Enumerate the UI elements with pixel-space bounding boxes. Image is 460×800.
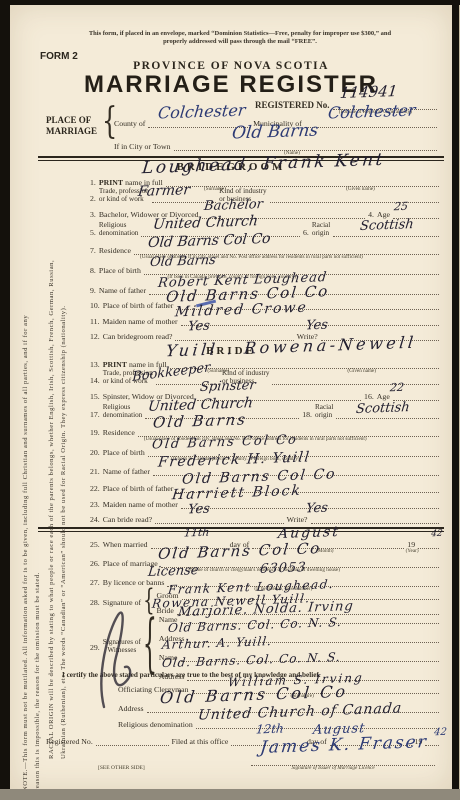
field-17-number: 17. xyxy=(90,410,100,419)
groom-read-label: Can bridegroom read? xyxy=(103,332,173,341)
bride-read-value: Yes xyxy=(187,503,210,517)
field-14-number: 14. xyxy=(90,376,100,385)
field-13-number: 13. xyxy=(90,360,100,369)
bride-birthplace-label: Place of birth xyxy=(103,448,145,457)
wed-day-value: 11th xyxy=(183,527,210,539)
ink-scrawl xyxy=(92,605,140,715)
margin-note-line1: NOTE.—This form must not be mutilated. A… xyxy=(22,315,29,791)
bride-racial-label-2: origin xyxy=(315,411,332,419)
town-line: (Name) xyxy=(174,140,438,151)
margin-note-line2: reason this is impossible, the reason fo… xyxy=(34,572,41,791)
field-27-number: 27. xyxy=(90,578,100,587)
filed-day-value: 12th xyxy=(255,722,284,735)
bride-industry-line xyxy=(272,374,439,385)
bride-father-label: Name of father xyxy=(103,467,150,476)
bride-status-value: Spinster xyxy=(199,379,256,394)
municipality-value: Colchester xyxy=(327,102,416,121)
groom-residence-label: Residence xyxy=(99,246,131,255)
clergy-denomination-label: Religious denomination xyxy=(118,720,193,729)
registered-no-label: REGISTERED No. xyxy=(255,101,330,110)
racial-label-2: origin xyxy=(312,229,329,237)
print-bold: PRINT xyxy=(99,178,123,187)
mail-instruction-line1: This form, if placed in an envelope, mar… xyxy=(60,30,420,38)
filed-label: Filed at this office xyxy=(172,737,229,746)
wed-year-value: 42 xyxy=(431,530,443,539)
groom-name-line: (Surname) (Given name) xyxy=(166,176,439,187)
field-18-number: 18. xyxy=(302,410,312,419)
field-16-number: 16. xyxy=(364,392,374,401)
year-caption: (Year) xyxy=(406,548,419,554)
town-label: If in City or Town xyxy=(114,142,171,151)
groom-denomination-value: United Church xyxy=(152,214,258,232)
groom-racial-value: Scottish xyxy=(359,218,414,233)
witness2-name-value: Arthur. A. Yuill. xyxy=(161,635,272,651)
groom-father-birth-label: Place of birth of father xyxy=(103,301,174,310)
groom-residence-value: Old Barns Col Co xyxy=(147,232,271,250)
filed-year-value: 42 xyxy=(433,728,447,738)
county-value: Colchester xyxy=(157,102,246,121)
field-5-number: 5. xyxy=(90,228,96,237)
groom-trade-value: Farmer xyxy=(137,183,191,199)
groom-write-value: Yes xyxy=(305,319,328,333)
mail-instruction: This form, if placed in an envelope, mar… xyxy=(60,30,420,46)
bride-residence-label: Residence xyxy=(103,428,135,437)
field-12-number: 12. xyxy=(90,332,100,341)
bride-mother-label: Maiden name of mother xyxy=(103,500,178,509)
field-25-number: 25. xyxy=(90,540,100,549)
field-19-number: 19. xyxy=(90,428,100,437)
bride-read-line xyxy=(155,513,284,524)
wed-year-line: (Year) xyxy=(418,538,439,549)
town-value: Old Barns xyxy=(231,122,319,142)
field-21-number: 21. xyxy=(90,467,100,476)
field-6-number: 6. xyxy=(303,228,309,237)
see-other-side-note: [SEE OTHER SIDE] xyxy=(98,765,145,771)
field-11-number: 11. xyxy=(90,317,99,326)
scan-bottom-strip xyxy=(0,789,460,800)
bride-father-birth-label: Place of birth of father xyxy=(103,484,174,493)
field-2-number: 2. xyxy=(90,194,96,203)
bride-residence-value: Old Barns xyxy=(152,412,247,430)
groom-birthplace-value: Old Barns xyxy=(149,254,216,269)
issuer-caption: Signature of Issuer of Marriage Licence xyxy=(291,765,374,771)
county-label: County of xyxy=(114,119,145,128)
field-20-number: 20. xyxy=(90,448,100,457)
field-8-number: 8. xyxy=(90,266,96,275)
registered-no-value: 114941 xyxy=(339,84,398,101)
groom-industry-line xyxy=(270,192,439,203)
groom-birthplace-label: Place of birth xyxy=(99,266,141,275)
groom-age-value: 25 xyxy=(393,201,408,213)
place-label-line2: MARRIAGE xyxy=(46,126,97,137)
registered-no-2-line xyxy=(96,735,169,746)
field-22-number: 22. xyxy=(90,484,100,493)
bride-racial-value: Scottish xyxy=(355,401,410,416)
field-26-number: 26. xyxy=(90,559,100,568)
witness-brace: { xyxy=(143,615,157,679)
margin-racial-origin-line2: Ukrainian (Ruthenian), etc. The words “C… xyxy=(60,305,67,759)
groom-mother-label: Maiden name of mother xyxy=(102,317,177,326)
print-bold-bride: PRINT xyxy=(103,360,127,369)
bride-age-label: Age xyxy=(377,392,390,401)
licence-value: License xyxy=(147,564,199,579)
groom-father-label: Name of father xyxy=(99,286,146,295)
place-of-marriage-label: PLACE OF MARRIAGE xyxy=(46,115,97,137)
margin-racial-origin-line1: RACIAL ORIGIN will be described by stati… xyxy=(48,260,55,759)
field-24-number: 24. xyxy=(90,515,100,524)
field-3-number: 3. xyxy=(90,210,96,219)
bride-religious-label-2: denomination xyxy=(103,411,143,419)
field-15-number: 15. xyxy=(90,392,100,401)
divider-middle xyxy=(38,527,444,532)
field-10-number: 10. xyxy=(90,301,100,310)
licence-number-value: 63053 xyxy=(259,561,307,576)
mail-instruction-line2: properly addressed will pass through the… xyxy=(60,38,420,46)
bride-read-label: Can bride read? xyxy=(103,515,152,524)
when-married-label: When married xyxy=(103,540,148,549)
field-7-number: 7. xyxy=(90,246,96,255)
issuer-signature-value: James K. Fraser xyxy=(259,734,428,757)
place-label-line1: PLACE OF xyxy=(46,115,97,126)
groom-status-value: Bachelor xyxy=(203,198,263,213)
marriage-register-document: This form, if placed in an envelope, mar… xyxy=(10,5,452,790)
field-9-number: 9. xyxy=(90,286,96,295)
religious-label-2: denomination xyxy=(99,229,139,237)
bride-write-line xyxy=(311,513,440,524)
field-23-number: 23. xyxy=(90,500,100,509)
groom-read-value: Yes xyxy=(187,320,210,334)
bride-age-value: 22 xyxy=(389,382,404,394)
bride-write-value: Yes xyxy=(305,502,328,516)
field-1-number: 1. xyxy=(90,178,96,187)
